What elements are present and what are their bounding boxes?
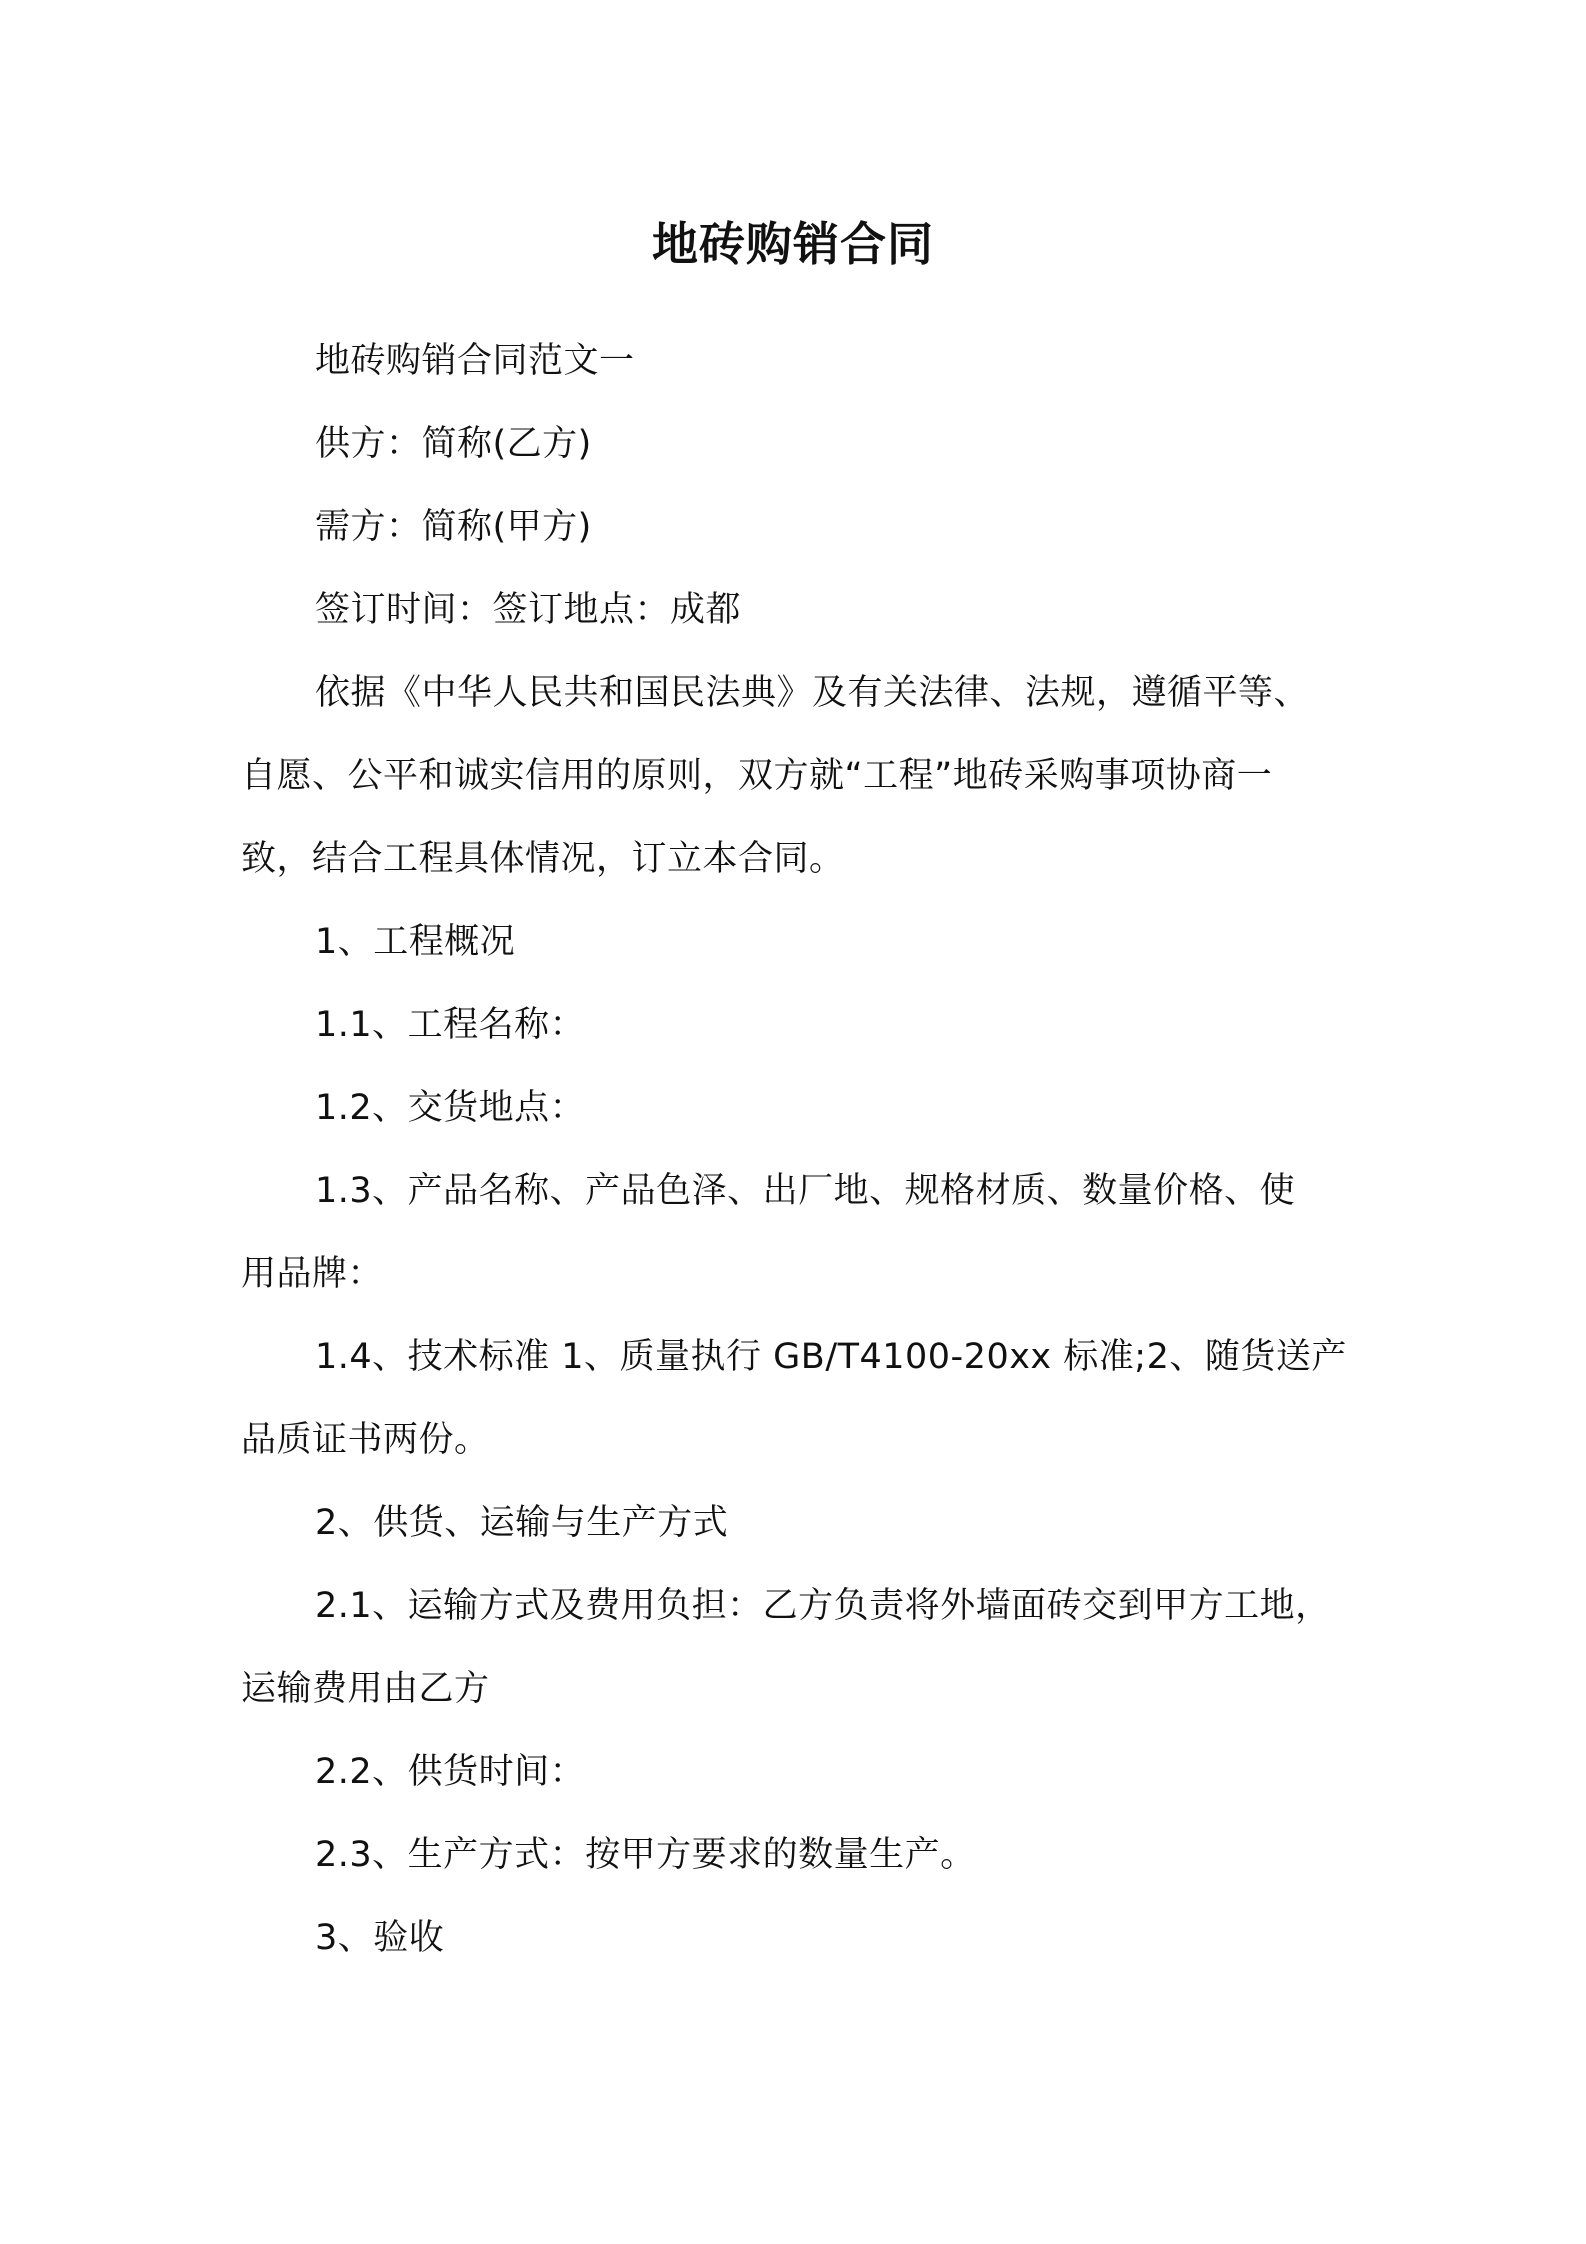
paragraph-line: 2、供货、运输与生产方式 — [241, 1482, 1361, 1565]
paragraph-line: 2.1、运输方式及费用负担：乙方负责将外墙面砖交到甲方工地， — [241, 1565, 1361, 1648]
paragraph-template-heading: 地砖购销合同范文一 — [241, 320, 1361, 403]
paragraph-line: 1.3、产品名称、产品色泽、出厂地、规格材质、数量价格、使 — [241, 1150, 1361, 1233]
paragraph-line: 1.1、工程名称： — [241, 984, 1361, 1067]
paragraph-line: 品质证书两份。 — [241, 1399, 1361, 1482]
clause-2-3: 2.3、生产方式：按甲方要求的数量生产。 — [241, 1814, 1361, 1897]
paragraph-line: 地砖购销合同范文一 — [241, 320, 1361, 403]
paragraph-line: 致，结合工程具体情况，订立本合同。 — [241, 818, 1361, 901]
clause-1-2: 1.2、交货地点： — [241, 1067, 1361, 1150]
clause-1-4: 1.4、技术标准 1、质量执行 GB/T4100-20xx 标准;2、随货送产 … — [241, 1316, 1361, 1482]
paragraph-line: 签订时间：签订地点：成都 — [241, 569, 1361, 652]
section-1-heading: 1、工程概况 — [241, 901, 1361, 984]
document-title: 地砖购销合同 — [0, 214, 1586, 274]
paragraph-line: 1、工程概况 — [241, 901, 1361, 984]
clause-1-3: 1.3、产品名称、产品色泽、出厂地、规格材质、数量价格、使 用品牌： — [241, 1150, 1361, 1316]
paragraph-line: 依据《中华人民共和国民法典》及有关法律、法规，遵循平等、 — [241, 652, 1361, 735]
paragraph-line: 供方：简称(乙方) — [241, 403, 1361, 486]
clause-2-1: 2.1、运输方式及费用负担：乙方负责将外墙面砖交到甲方工地， 运输费用由乙方 — [241, 1565, 1361, 1731]
paragraph-line: 运输费用由乙方 — [241, 1648, 1361, 1731]
section-2-heading: 2、供货、运输与生产方式 — [241, 1482, 1361, 1565]
paragraph-buyer: 需方：简称(甲方) — [241, 486, 1361, 569]
paragraph-line: 1.4、技术标准 1、质量执行 GB/T4100-20xx 标准;2、随货送产 — [241, 1316, 1361, 1399]
paragraph-line: 3、验收 — [241, 1897, 1361, 1980]
paragraph-preamble: 依据《中华人民共和国民法典》及有关法律、法规，遵循平等、 自愿、公平和诚实信用的… — [241, 652, 1361, 901]
paragraph-line: 2.3、生产方式：按甲方要求的数量生产。 — [241, 1814, 1361, 1897]
paragraph-signing-info: 签订时间：签订地点：成都 — [241, 569, 1361, 652]
paragraph-line: 2.2、供货时间： — [241, 1731, 1361, 1814]
paragraph-line: 自愿、公平和诚实信用的原则，双方就“工程”地砖采购事项协商一 — [241, 735, 1361, 818]
clause-2-2: 2.2、供货时间： — [241, 1731, 1361, 1814]
paragraph-supplier: 供方：简称(乙方) — [241, 403, 1361, 486]
document-page: 地砖购销合同 地砖购销合同范文一 供方：简称(乙方) 需方：简称(甲方) 签订时… — [0, 0, 1586, 2244]
document-body: 地砖购销合同范文一 供方：简称(乙方) 需方：简称(甲方) 签订时间：签订地点：… — [241, 320, 1361, 1980]
paragraph-line: 用品牌： — [241, 1233, 1361, 1316]
paragraph-line: 需方：简称(甲方) — [241, 486, 1361, 569]
paragraph-line: 1.2、交货地点： — [241, 1067, 1361, 1150]
clause-1-1: 1.1、工程名称： — [241, 984, 1361, 1067]
section-3-heading: 3、验收 — [241, 1897, 1361, 1980]
